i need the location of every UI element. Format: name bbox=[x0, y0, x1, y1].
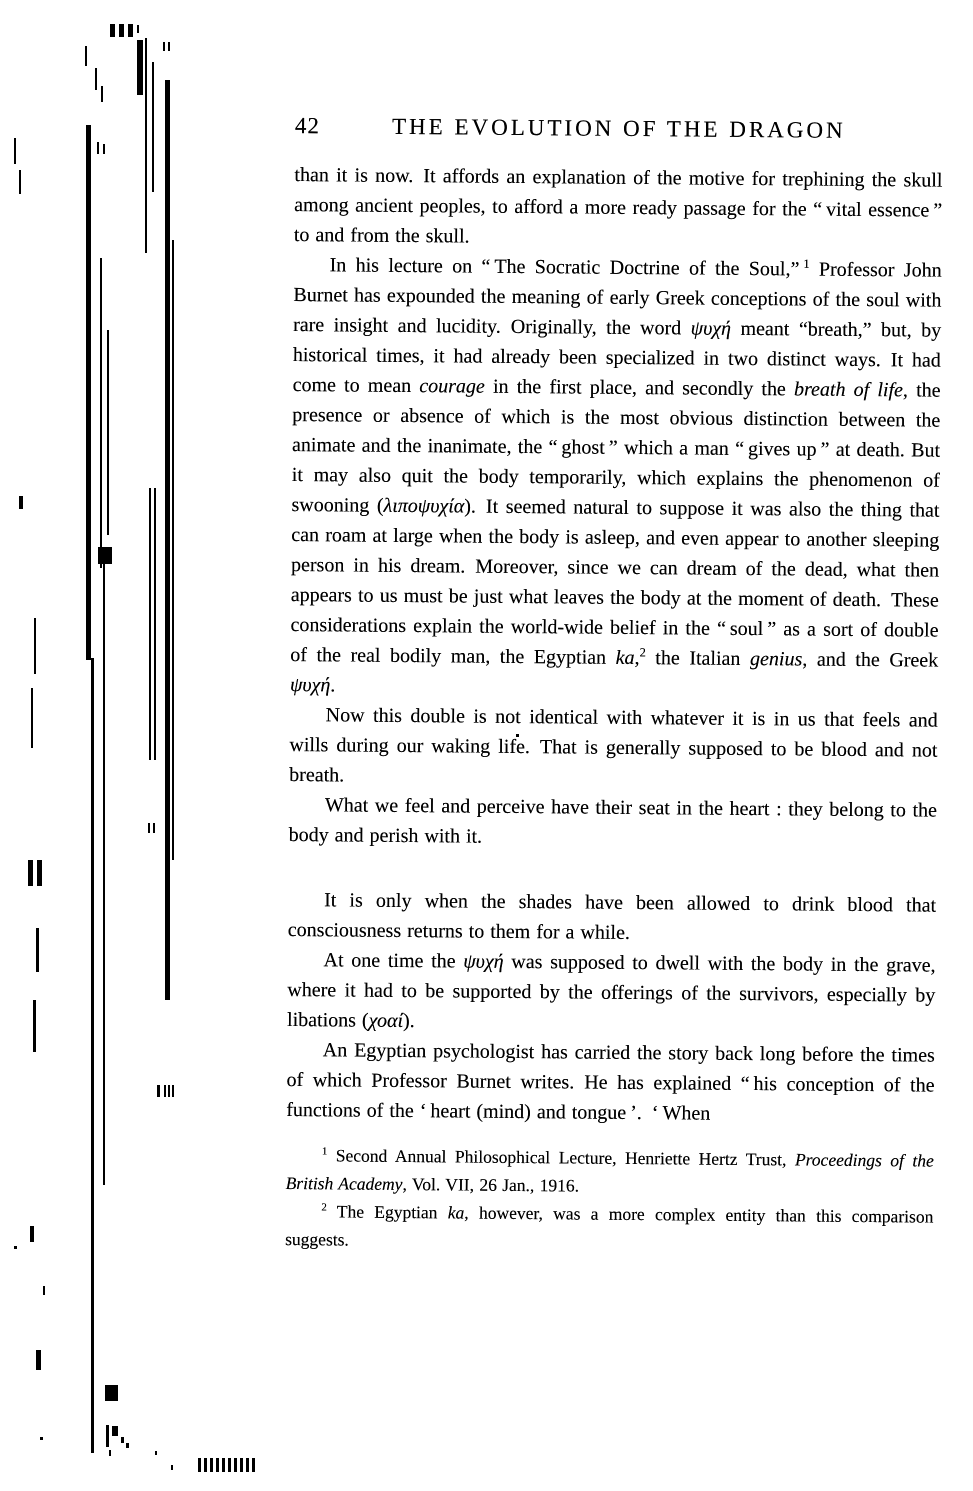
italic-run: ψυχή bbox=[463, 951, 504, 973]
italic-run: ψυχή bbox=[290, 674, 331, 696]
scan-artifact bbox=[34, 618, 36, 674]
scan-artifact bbox=[137, 25, 139, 33]
text-run: It is only when the shades have been all… bbox=[288, 889, 936, 944]
scan-artifact bbox=[168, 42, 170, 51]
scan-artifact bbox=[121, 1437, 124, 1443]
paragraph: What we feel and perceive have their sea… bbox=[289, 790, 937, 856]
text-run: Second Annual Philosophical Lecture, Hen… bbox=[327, 1145, 795, 1169]
body-text: than it is now. It affords an explanatio… bbox=[286, 160, 942, 1131]
text-run: The Egyptian bbox=[327, 1201, 448, 1222]
scan-artifact-barcode bbox=[198, 1458, 258, 1472]
text-run: In his lecture on “ The Socratic Doctrin… bbox=[330, 254, 804, 280]
scan-artifact bbox=[98, 547, 112, 564]
scan-artifact bbox=[109, 1450, 111, 1456]
paragraph: Now this double is not identical with wh… bbox=[289, 700, 938, 796]
scan-artifact bbox=[95, 68, 97, 90]
paragraph: An Egyptian psychologist has carried the… bbox=[286, 1035, 935, 1131]
scan-artifact bbox=[91, 658, 94, 1453]
text-run: Now this double is not identical with wh… bbox=[289, 704, 938, 786]
text-run: the Italian bbox=[646, 647, 751, 670]
italic-run: breath of life bbox=[794, 378, 903, 401]
scan-artifact bbox=[14, 138, 16, 164]
scan-artifact bbox=[164, 1085, 166, 1097]
scan-artifact bbox=[103, 560, 105, 1185]
scan-artifact bbox=[145, 38, 147, 253]
scan-artifact bbox=[28, 860, 33, 886]
italic-run: λιποψυχία bbox=[384, 495, 465, 518]
scan-artifact bbox=[33, 1000, 36, 1052]
running-head-title: THE EVOLUTION OF THE DRAGON bbox=[295, 112, 943, 146]
scan-artifact bbox=[14, 1246, 17, 1249]
scan-artifact bbox=[112, 1426, 118, 1436]
scan-artifact bbox=[149, 488, 151, 760]
scan-artifact bbox=[148, 823, 150, 833]
scan-artifact bbox=[36, 1350, 41, 1370]
text-run: in the first place, and secondly the bbox=[485, 376, 794, 401]
scan-artifact bbox=[103, 144, 105, 154]
scan-artifact bbox=[172, 240, 174, 860]
scan-artifact bbox=[106, 1425, 109, 1447]
scan-artifact bbox=[101, 86, 103, 102]
scan-artifact bbox=[168, 1085, 170, 1097]
scan-artifact bbox=[86, 125, 91, 660]
scan-artifact bbox=[155, 1451, 157, 1455]
page-content: 42 THE EVOLUTION OF THE DRAGON than it i… bbox=[285, 112, 943, 1259]
scan-artifact bbox=[163, 42, 165, 51]
paragraph: In his lecture on “ The Socratic Doctrin… bbox=[290, 250, 942, 706]
scan-artifact bbox=[97, 142, 99, 154]
scan-artifact bbox=[137, 40, 143, 95]
scan-artifact bbox=[105, 1385, 118, 1401]
text-run: ). bbox=[403, 1010, 415, 1032]
scan-artifact bbox=[31, 688, 33, 748]
footnote: 1 Second Annual Philosophical Lecture, H… bbox=[286, 1141, 934, 1203]
scan-artifact bbox=[157, 1085, 160, 1097]
italic-run: courage bbox=[419, 375, 485, 398]
text-run: , and the Greek bbox=[802, 648, 938, 671]
text-run: , Vol. VII, 26 Jan., 1916. bbox=[402, 1174, 579, 1196]
italic-run: ψυχή bbox=[691, 317, 732, 339]
scanned-book-page: 42 THE EVOLUTION OF THE DRAGON than it i… bbox=[0, 0, 973, 1491]
scan-artifact bbox=[19, 496, 23, 509]
paragraph: than it is now. It affords an explanatio… bbox=[294, 160, 943, 256]
page-header: 42 THE EVOLUTION OF THE DRAGON bbox=[295, 112, 943, 146]
italic-run: ka bbox=[448, 1202, 465, 1222]
scan-artifact bbox=[152, 62, 154, 192]
text-run: ). It seemed natural to suppose it was a… bbox=[290, 495, 939, 668]
text-run: than it is now. It affords an explanatio… bbox=[294, 164, 943, 248]
text-run: What we feel and perceive have their sea… bbox=[289, 794, 937, 847]
scan-artifact bbox=[36, 928, 39, 972]
text-run: . bbox=[330, 674, 335, 696]
page-number: 42 bbox=[295, 112, 320, 140]
scan-artifact bbox=[110, 24, 133, 37]
scan-artifact bbox=[172, 1085, 174, 1097]
paragraph: At one time the ψυχή was supposed to dwe… bbox=[287, 945, 936, 1041]
italic-run: ka bbox=[616, 647, 635, 669]
scan-artifact bbox=[85, 46, 87, 66]
scan-artifact bbox=[126, 1443, 129, 1448]
scan-artifact bbox=[37, 860, 42, 886]
text-run: An Egyptian psychologist has carried the… bbox=[286, 1039, 935, 1124]
scan-artifact bbox=[153, 823, 155, 833]
scan-artifact bbox=[40, 1437, 43, 1440]
scan-artifact bbox=[43, 1286, 45, 1295]
scan-artifact bbox=[171, 1465, 173, 1470]
italic-run: genius bbox=[750, 648, 802, 670]
scan-artifact bbox=[30, 1226, 34, 1242]
scan-artifact bbox=[100, 258, 102, 568]
text-run: At one time the bbox=[324, 949, 464, 972]
scan-artifact bbox=[165, 80, 170, 1000]
scan-artifact bbox=[19, 170, 21, 194]
italic-run: χοαί bbox=[369, 1010, 404, 1032]
scan-artifact bbox=[154, 488, 156, 760]
paragraph: It is only when the shades have been all… bbox=[288, 885, 936, 951]
footnotes: 1 Second Annual Philosophical Lecture, H… bbox=[285, 1141, 934, 1259]
footnote: 2 The Egyptian ka, however, was a more c… bbox=[285, 1197, 933, 1259]
scan-artifact bbox=[107, 330, 109, 535]
